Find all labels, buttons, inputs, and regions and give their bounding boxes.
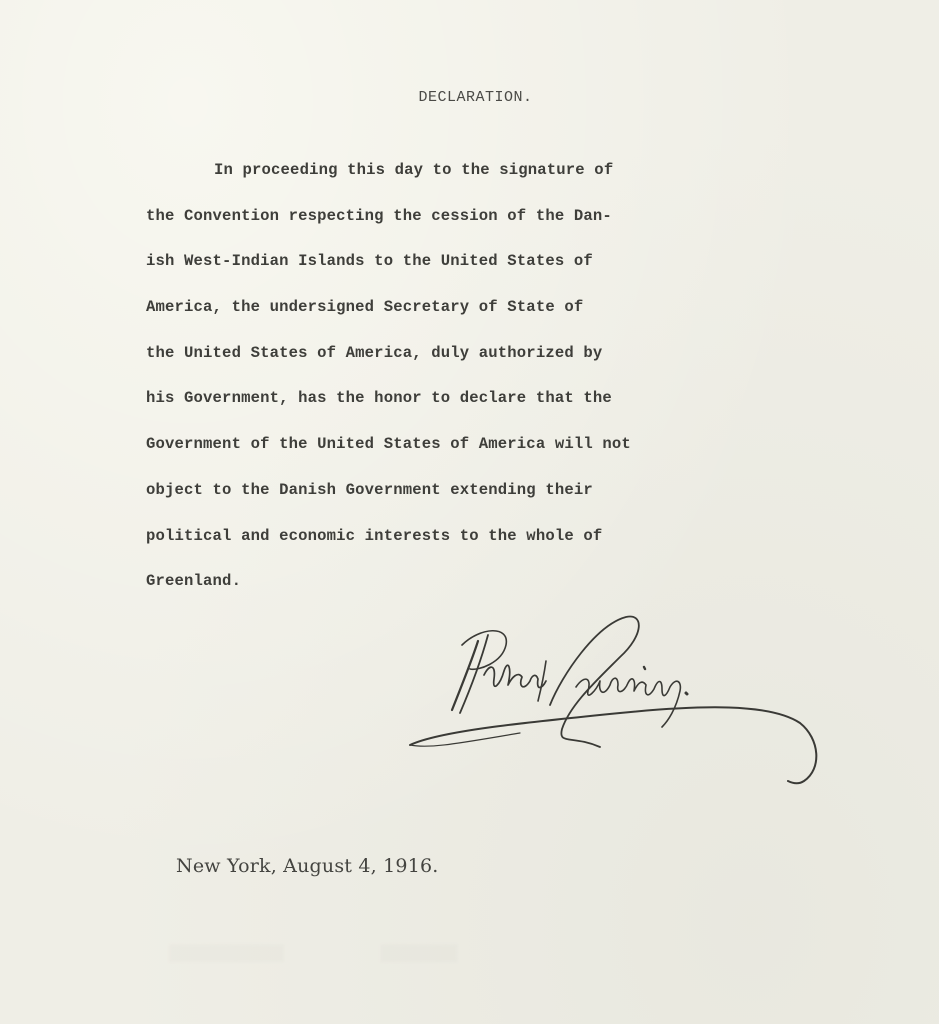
bleed-through-text: ▒▒▒▒▒▒▒▒▒▒▒▒ ▒▒▒▒▒▒▒▒ <box>150 945 457 963</box>
body-line: America, the undersigned Secretary of St… <box>146 292 866 338</box>
body-line: In proceeding this day to the signature … <box>146 155 866 201</box>
signature: Robert Lansing. <box>400 605 830 795</box>
document-title: DECLARATION. <box>0 89 939 106</box>
place-and-date: New York, August 4, 1916. <box>176 855 439 877</box>
body-line: Government of the United States of Ameri… <box>146 429 866 475</box>
signature-icon <box>400 605 830 795</box>
body-line: the United States of America, duly autho… <box>146 338 866 384</box>
body-line: his Government, has the honor to declare… <box>146 383 866 429</box>
document-page: DECLARATION. In proceeding this day to t… <box>0 0 939 1024</box>
body-line: political and economic interests to the … <box>146 521 866 567</box>
declaration-body: In proceeding this day to the signature … <box>146 155 866 612</box>
body-line: ish West-Indian Islands to the United St… <box>146 246 866 292</box>
body-line: the Convention respecting the cession of… <box>146 201 866 247</box>
body-line: object to the Danish Government extendin… <box>146 475 866 521</box>
